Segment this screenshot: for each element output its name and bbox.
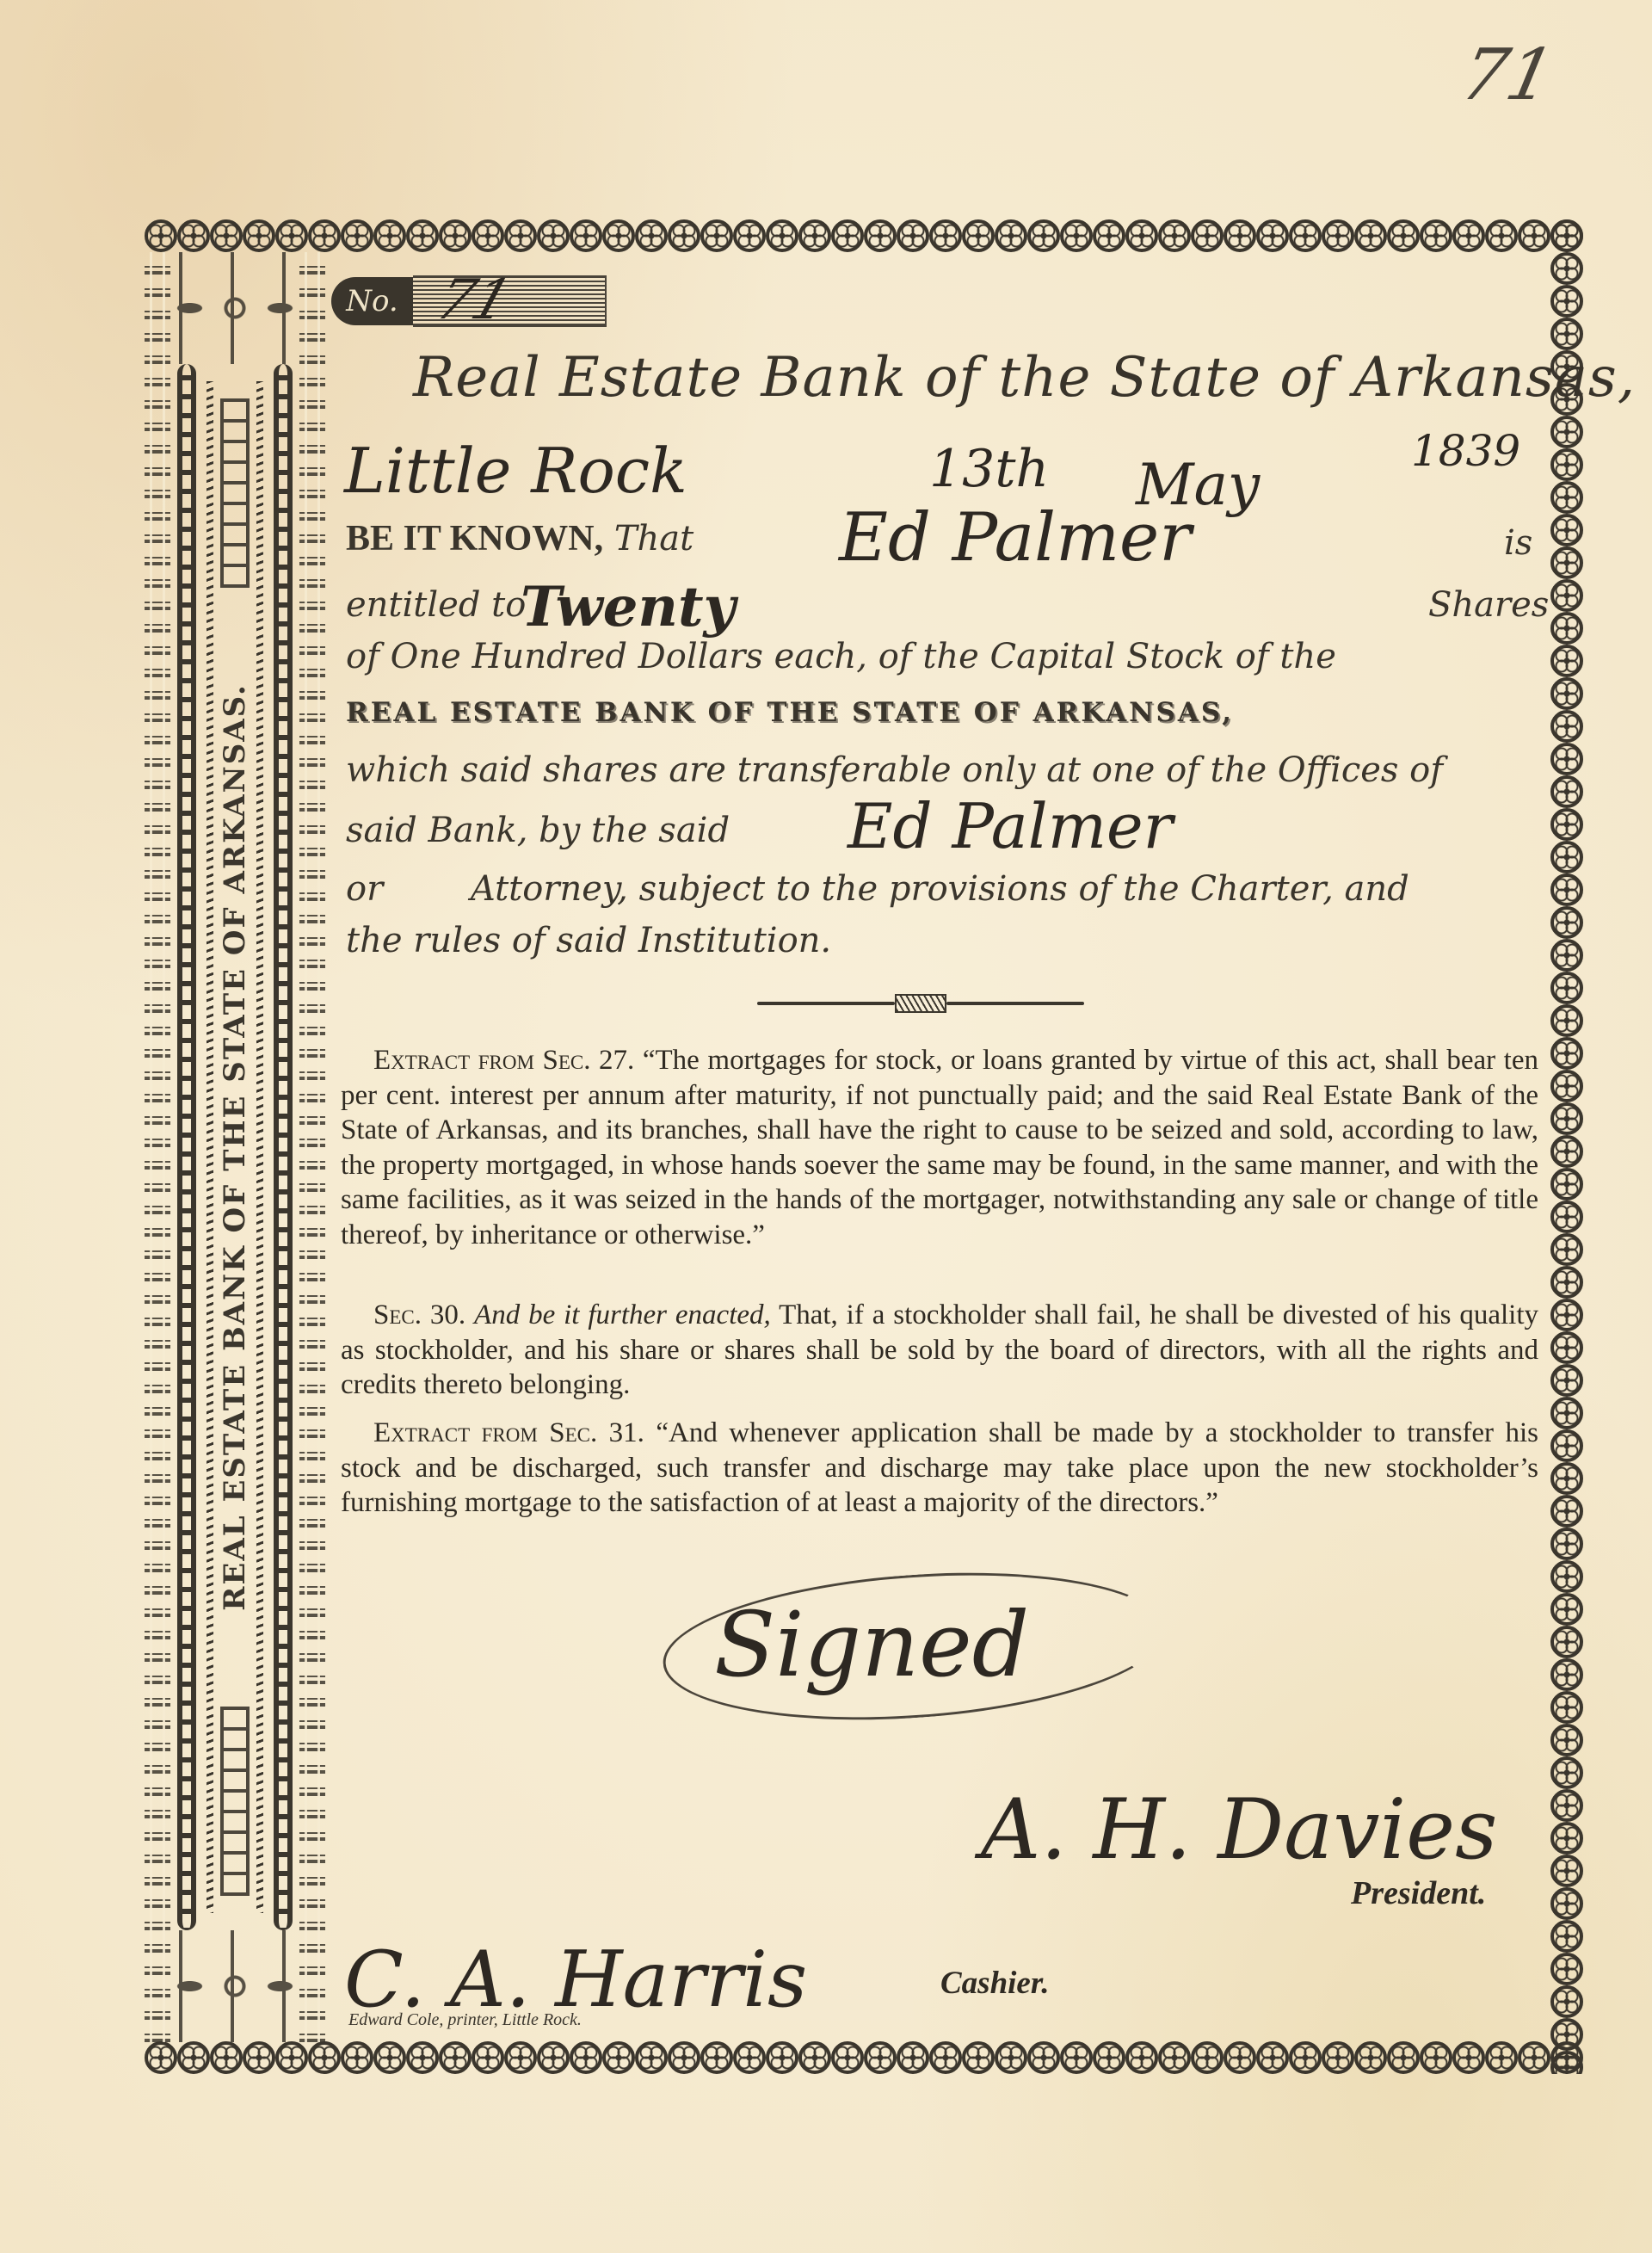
rosette-ornament (504, 219, 537, 252)
rosette-ornament (1550, 775, 1583, 808)
rosette-ornament (1550, 710, 1583, 743)
rosette-ornament (1354, 219, 1387, 252)
rosette-ornament (1550, 416, 1583, 448)
number-ruled-field: 71 (413, 275, 607, 327)
rosette-ornament (1550, 1953, 1583, 1985)
rosette-ornament (177, 2041, 210, 2074)
rosette-ornament (864, 2041, 897, 2074)
rosette-ornament (1485, 219, 1518, 252)
cashier-label: Cashier. (940, 1965, 1049, 2002)
chain-strip-left (177, 364, 196, 1930)
rosette-ornament (700, 2041, 733, 2074)
sec-30: Sec. 30. And be it further enacted, That… (341, 1298, 1538, 1403)
is-word: is (1504, 523, 1538, 563)
rosette-border-top (145, 219, 1583, 252)
rosette-ornament (439, 2041, 472, 2074)
rosette-ornament (1550, 1168, 1583, 1201)
rosette-ornament (635, 219, 668, 252)
rosette-ornament (1158, 2041, 1191, 2074)
rosette-ornament (1550, 514, 1583, 546)
ornamental-divider (757, 994, 1084, 1013)
rosette-ornament (570, 219, 602, 252)
rosette-ornament (1550, 906, 1583, 939)
rosette-ornament (1550, 1560, 1583, 1593)
rosette-ornament (733, 219, 766, 252)
rosette-ornament (1550, 1037, 1583, 1070)
rosette-ornament (1224, 2041, 1256, 2074)
rosette-ornament (570, 2041, 602, 2074)
rosette-ornament (1550, 1528, 1583, 1560)
rosette-ornament (275, 2041, 308, 2074)
rosette-ornament (1550, 1887, 1583, 1920)
rosette-ornament (831, 219, 864, 252)
rosette-ornament (1550, 1691, 1583, 1724)
rosette-ornament (1420, 219, 1452, 252)
rosette-ornament (145, 2041, 177, 2074)
rosette-ornament (995, 2041, 1027, 2074)
rosette-ornament (897, 219, 929, 252)
corner-ornament-top (145, 252, 325, 364)
rosette-ornament (602, 2041, 635, 2074)
rosette-ornament (1093, 2041, 1125, 2074)
rosette-ornament (1550, 1756, 1583, 1789)
rosette-ornament (1191, 2041, 1224, 2074)
rosette-ornament (210, 2041, 243, 2074)
rosette-ornament (1452, 2041, 1485, 2074)
rosette-ornament (1518, 2041, 1550, 2074)
vertical-bank-title: REAL ESTATE BANK OF THE STATE OF ARKANSA… (219, 398, 251, 1896)
rosette-ornament (1550, 1626, 1583, 1658)
rosette-ornament (962, 2041, 995, 2074)
signed-note-handwritten: Signed (714, 1592, 1029, 1697)
rosette-ornament (1550, 1004, 1583, 1037)
rosette-ornament (602, 219, 635, 252)
rosette-ornament (1256, 219, 1289, 252)
rosette-ornament (1125, 219, 1158, 252)
rosette-ornament (1550, 612, 1583, 645)
rosette-ornament (1550, 808, 1583, 841)
floral-strip-right (299, 252, 325, 2042)
rosette-ornament (1518, 219, 1550, 252)
rosette-ornament (1550, 546, 1583, 579)
rosette-ornament (733, 2041, 766, 2074)
rosette-ornament (1550, 743, 1583, 775)
rosette-ornament (1550, 677, 1583, 710)
shares-label: Shares (1428, 585, 1540, 625)
rosette-ornament (1060, 2041, 1093, 2074)
rosette-ornament (537, 219, 570, 252)
rosette-ornament (929, 219, 962, 252)
president-label: President. (1351, 1874, 1486, 1912)
share-count-handwritten: Twenty (521, 575, 736, 639)
rosette-ornament (1550, 1920, 1583, 1953)
capital-stock-line: of One Hundred Dollars each, of the Capi… (346, 637, 1533, 676)
greek-key-ornament-bottom (220, 1707, 250, 1896)
year-handwritten: 1839 (1411, 426, 1520, 476)
rosette-ornament (798, 219, 831, 252)
president-signature: A. H. Davies (981, 1781, 1497, 1878)
certificate-number-badge: No. 71 (331, 277, 607, 325)
rosette-ornament (864, 219, 897, 252)
rosette-ornament (275, 219, 308, 252)
rosette-ornament (1093, 219, 1125, 252)
transferable-line: which said shares are transferable only … (346, 750, 1533, 790)
rosette-ornament (308, 219, 341, 252)
rosette-border-bottom (145, 2041, 1583, 2074)
rosette-ornament (1550, 1855, 1583, 1887)
holder-name-handwritten: Ed Palmer (839, 499, 1192, 577)
wave-strip-right (256, 381, 263, 1913)
rosette-ornament (1550, 1985, 1583, 2018)
rosette-ornament (1289, 2041, 1322, 2074)
rosette-ornament (1322, 219, 1354, 252)
rosette-ornament (635, 2041, 668, 2074)
rosette-ornament (1550, 1429, 1583, 1462)
rosette-ornament (406, 219, 439, 252)
rosette-ornament (1550, 1593, 1583, 1626)
rosette-ornament (210, 219, 243, 252)
rosette-ornament (1550, 841, 1583, 873)
rosette-ornament (373, 219, 406, 252)
rosette-ornament (341, 219, 373, 252)
place-handwritten: Little Rock (344, 435, 687, 507)
rosette-ornament (798, 2041, 831, 2074)
rosette-ornament (897, 2041, 929, 2074)
left-ornament-column: REAL ESTATE BANK OF THE STATE OF ARKANSA… (145, 252, 325, 2042)
rosette-ornament (1550, 1495, 1583, 1528)
rosette-ornament (766, 219, 798, 252)
transfer-name-handwritten: Ed Palmer (848, 790, 1173, 862)
rosette-ornament (1060, 219, 1093, 252)
rosette-ornament (1550, 1364, 1583, 1397)
wave-strip-left (206, 381, 213, 1913)
rosette-ornament (766, 2041, 798, 2074)
rosette-ornament (177, 219, 210, 252)
rosette-ornament (1125, 2041, 1158, 2074)
rosette-ornament (1191, 219, 1224, 252)
rosette-ornament (700, 219, 733, 252)
floral-strip-left (145, 252, 170, 2042)
rosette-ornament (472, 219, 504, 252)
attorney-line: or Attorney, subject to the provisions o… (346, 869, 1533, 909)
rosette-ornament (308, 2041, 341, 2074)
rosette-ornament (1550, 1331, 1583, 1364)
rosette-ornament (1550, 1724, 1583, 1756)
rosette-ornament (1550, 1135, 1583, 1168)
rosette-ornament (1550, 1233, 1583, 1266)
rosette-ornament (1550, 1201, 1583, 1233)
rosette-ornament (243, 2041, 275, 2074)
rosette-ornament (1550, 579, 1583, 612)
rosette-ornament (1387, 219, 1420, 252)
page-number: 71 (1454, 34, 1562, 116)
rosette-ornament (668, 219, 700, 252)
rosette-ornament (243, 219, 275, 252)
rosette-ornament (537, 2041, 570, 2074)
printer-imprint: Edward Cole, printer, Little Rock. (348, 2010, 582, 2030)
rosette-ornament (1550, 1658, 1583, 1691)
rosette-ornament (1550, 1789, 1583, 1822)
rosette-ornament (668, 2041, 700, 2074)
number-label-pill: No. (331, 277, 413, 325)
rosette-ornament (1289, 219, 1322, 252)
rosette-ornament (472, 2041, 504, 2074)
rosette-ornament (1256, 2041, 1289, 2074)
rosette-ornament (962, 219, 995, 252)
rosette-ornament (1550, 1299, 1583, 1331)
rosette-ornament (1322, 2041, 1354, 2074)
rosette-ornament (373, 2041, 406, 2074)
rosette-ornament (1550, 481, 1583, 514)
rosette-ornament (1027, 2041, 1060, 2074)
rosette-ornament (1550, 1822, 1583, 1855)
rosette-ornament (1550, 2051, 1583, 2074)
rosette-ornament (1550, 1266, 1583, 1299)
rosette-ornament (145, 219, 177, 252)
rosette-ornament (1452, 219, 1485, 252)
rosette-ornament (1550, 1102, 1583, 1135)
rosette-ornament (1224, 219, 1256, 252)
rosette-ornament (1550, 873, 1583, 906)
rosette-ornament (831, 2041, 864, 2074)
rosette-ornament (1387, 2041, 1420, 2074)
day-handwritten: 13th (929, 439, 1049, 499)
rosette-ornament (1550, 285, 1583, 318)
rosette-ornament (1485, 2041, 1518, 2074)
bank-name-caps: REAL ESTATE BANK OF THE STATE OF ARKANSA… (346, 697, 1234, 728)
rosette-ornament (1550, 448, 1583, 481)
rosette-ornament (995, 219, 1027, 252)
rosette-ornament (504, 2041, 537, 2074)
extract-sec-31: Extract from Sec. 31. “And whenever appl… (341, 1416, 1538, 1521)
rosette-ornament (1027, 219, 1060, 252)
rosette-ornament (1550, 1462, 1583, 1495)
rosette-ornament (341, 2041, 373, 2074)
rosette-ornament (1550, 972, 1583, 1004)
certificate-number: 71 (428, 269, 519, 332)
rosette-ornament (1550, 939, 1583, 972)
corner-ornament-bottom (145, 1930, 325, 2042)
rosette-ornament (1158, 219, 1191, 252)
rosette-ornament (1550, 1397, 1583, 1429)
rosette-ornament (1420, 2041, 1452, 2074)
rosette-ornament (1550, 2018, 1583, 2051)
rosette-ornament (1550, 219, 1583, 252)
bank-title: Real Estate Bank of the State of Arkansa… (413, 346, 1636, 410)
rosette-ornament (1550, 1070, 1583, 1102)
rosette-ornament (1550, 252, 1583, 285)
rosette-ornament (1550, 645, 1583, 677)
rosette-border-right (1550, 219, 1583, 2074)
institution-line: the rules of said Institution. (346, 921, 1533, 960)
chain-strip-right (274, 364, 293, 1930)
rosette-ornament (439, 219, 472, 252)
rosette-ornament (1354, 2041, 1387, 2074)
rosette-ornament (406, 2041, 439, 2074)
rosette-ornament (929, 2041, 962, 2074)
extract-sec-27: Extract from Sec. 27. “The mortgages for… (341, 1043, 1538, 1252)
